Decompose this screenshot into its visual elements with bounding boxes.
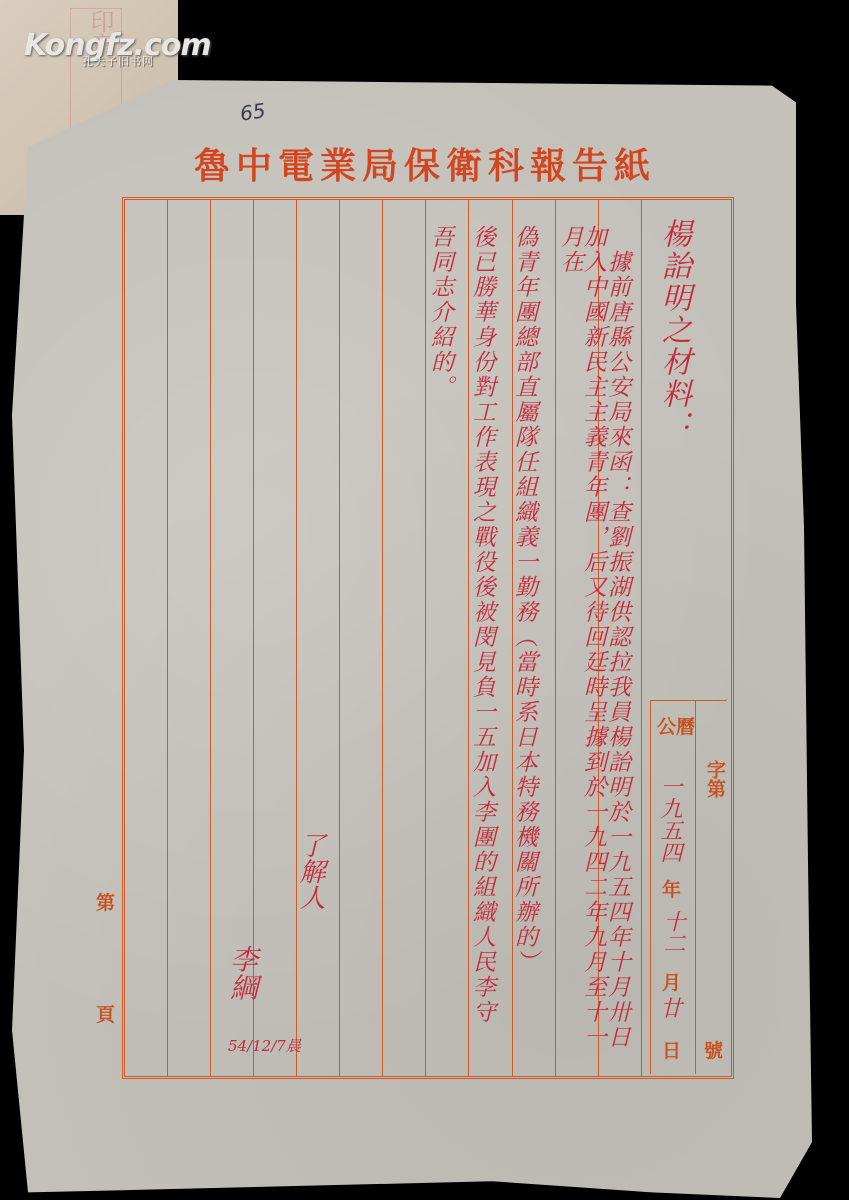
- letterhead-title: 魯中電業局保衛科報告紙: [160, 138, 690, 189]
- label-calendar: 公曆: [657, 712, 695, 739]
- label-zi-di: 字第: [702, 760, 729, 798]
- handwritten-date-year: 一九五四: [654, 775, 685, 863]
- label-ye: 頁: [96, 1000, 115, 1027]
- label-di: 第: [96, 888, 115, 915]
- signoff-name: 李綱: [222, 945, 262, 1001]
- column-rule: [555, 200, 556, 1076]
- signoff-understood-by: 了解人: [292, 832, 329, 910]
- page-annotation: 65: [238, 98, 267, 125]
- handwritten-date-month: 十二: [657, 910, 688, 954]
- label-year: 年: [662, 875, 681, 902]
- column-rule: [296, 200, 297, 1076]
- column-rule: [210, 200, 211, 1076]
- handwritten-line-2: 加入中國新民主主義青年團，后又待回廷時呈據到於一九四二年九月至十一月在: [558, 225, 604, 1070]
- handwritten-line-3: 偽青年團總部直屬隊任組織義一勤務（當時系日本特務機關所辦的）: [512, 225, 535, 1070]
- handwritten-heading: 楊詒明之材料：: [658, 218, 688, 442]
- signoff-date: 54/12/7晨: [228, 1035, 301, 1056]
- column-rule: [382, 200, 383, 1076]
- handwritten-line-5: 吾同志介紹的。: [428, 225, 451, 400]
- handwritten-line-4: 後已勝華身份對工作表現之戰役後被閔見負一五加入李團的組織人民李守: [470, 225, 493, 1070]
- label-day: 日: [662, 1036, 681, 1063]
- column-rule: [339, 200, 340, 1076]
- label-month: 月: [662, 968, 681, 995]
- label-hao: 號: [704, 1036, 723, 1063]
- handwritten-line-1: 據前唐縣公安局來函：查劉振湖供認拉我員楊詒明於一九五四年十月卅日: [605, 250, 628, 1070]
- column-rule: [425, 200, 426, 1076]
- watermark-subtitle: 孔夫子旧书网: [82, 53, 154, 69]
- column-rule: [167, 200, 168, 1076]
- column-rule: [641, 200, 642, 1076]
- handwritten-date-day: 廿: [660, 992, 682, 1023]
